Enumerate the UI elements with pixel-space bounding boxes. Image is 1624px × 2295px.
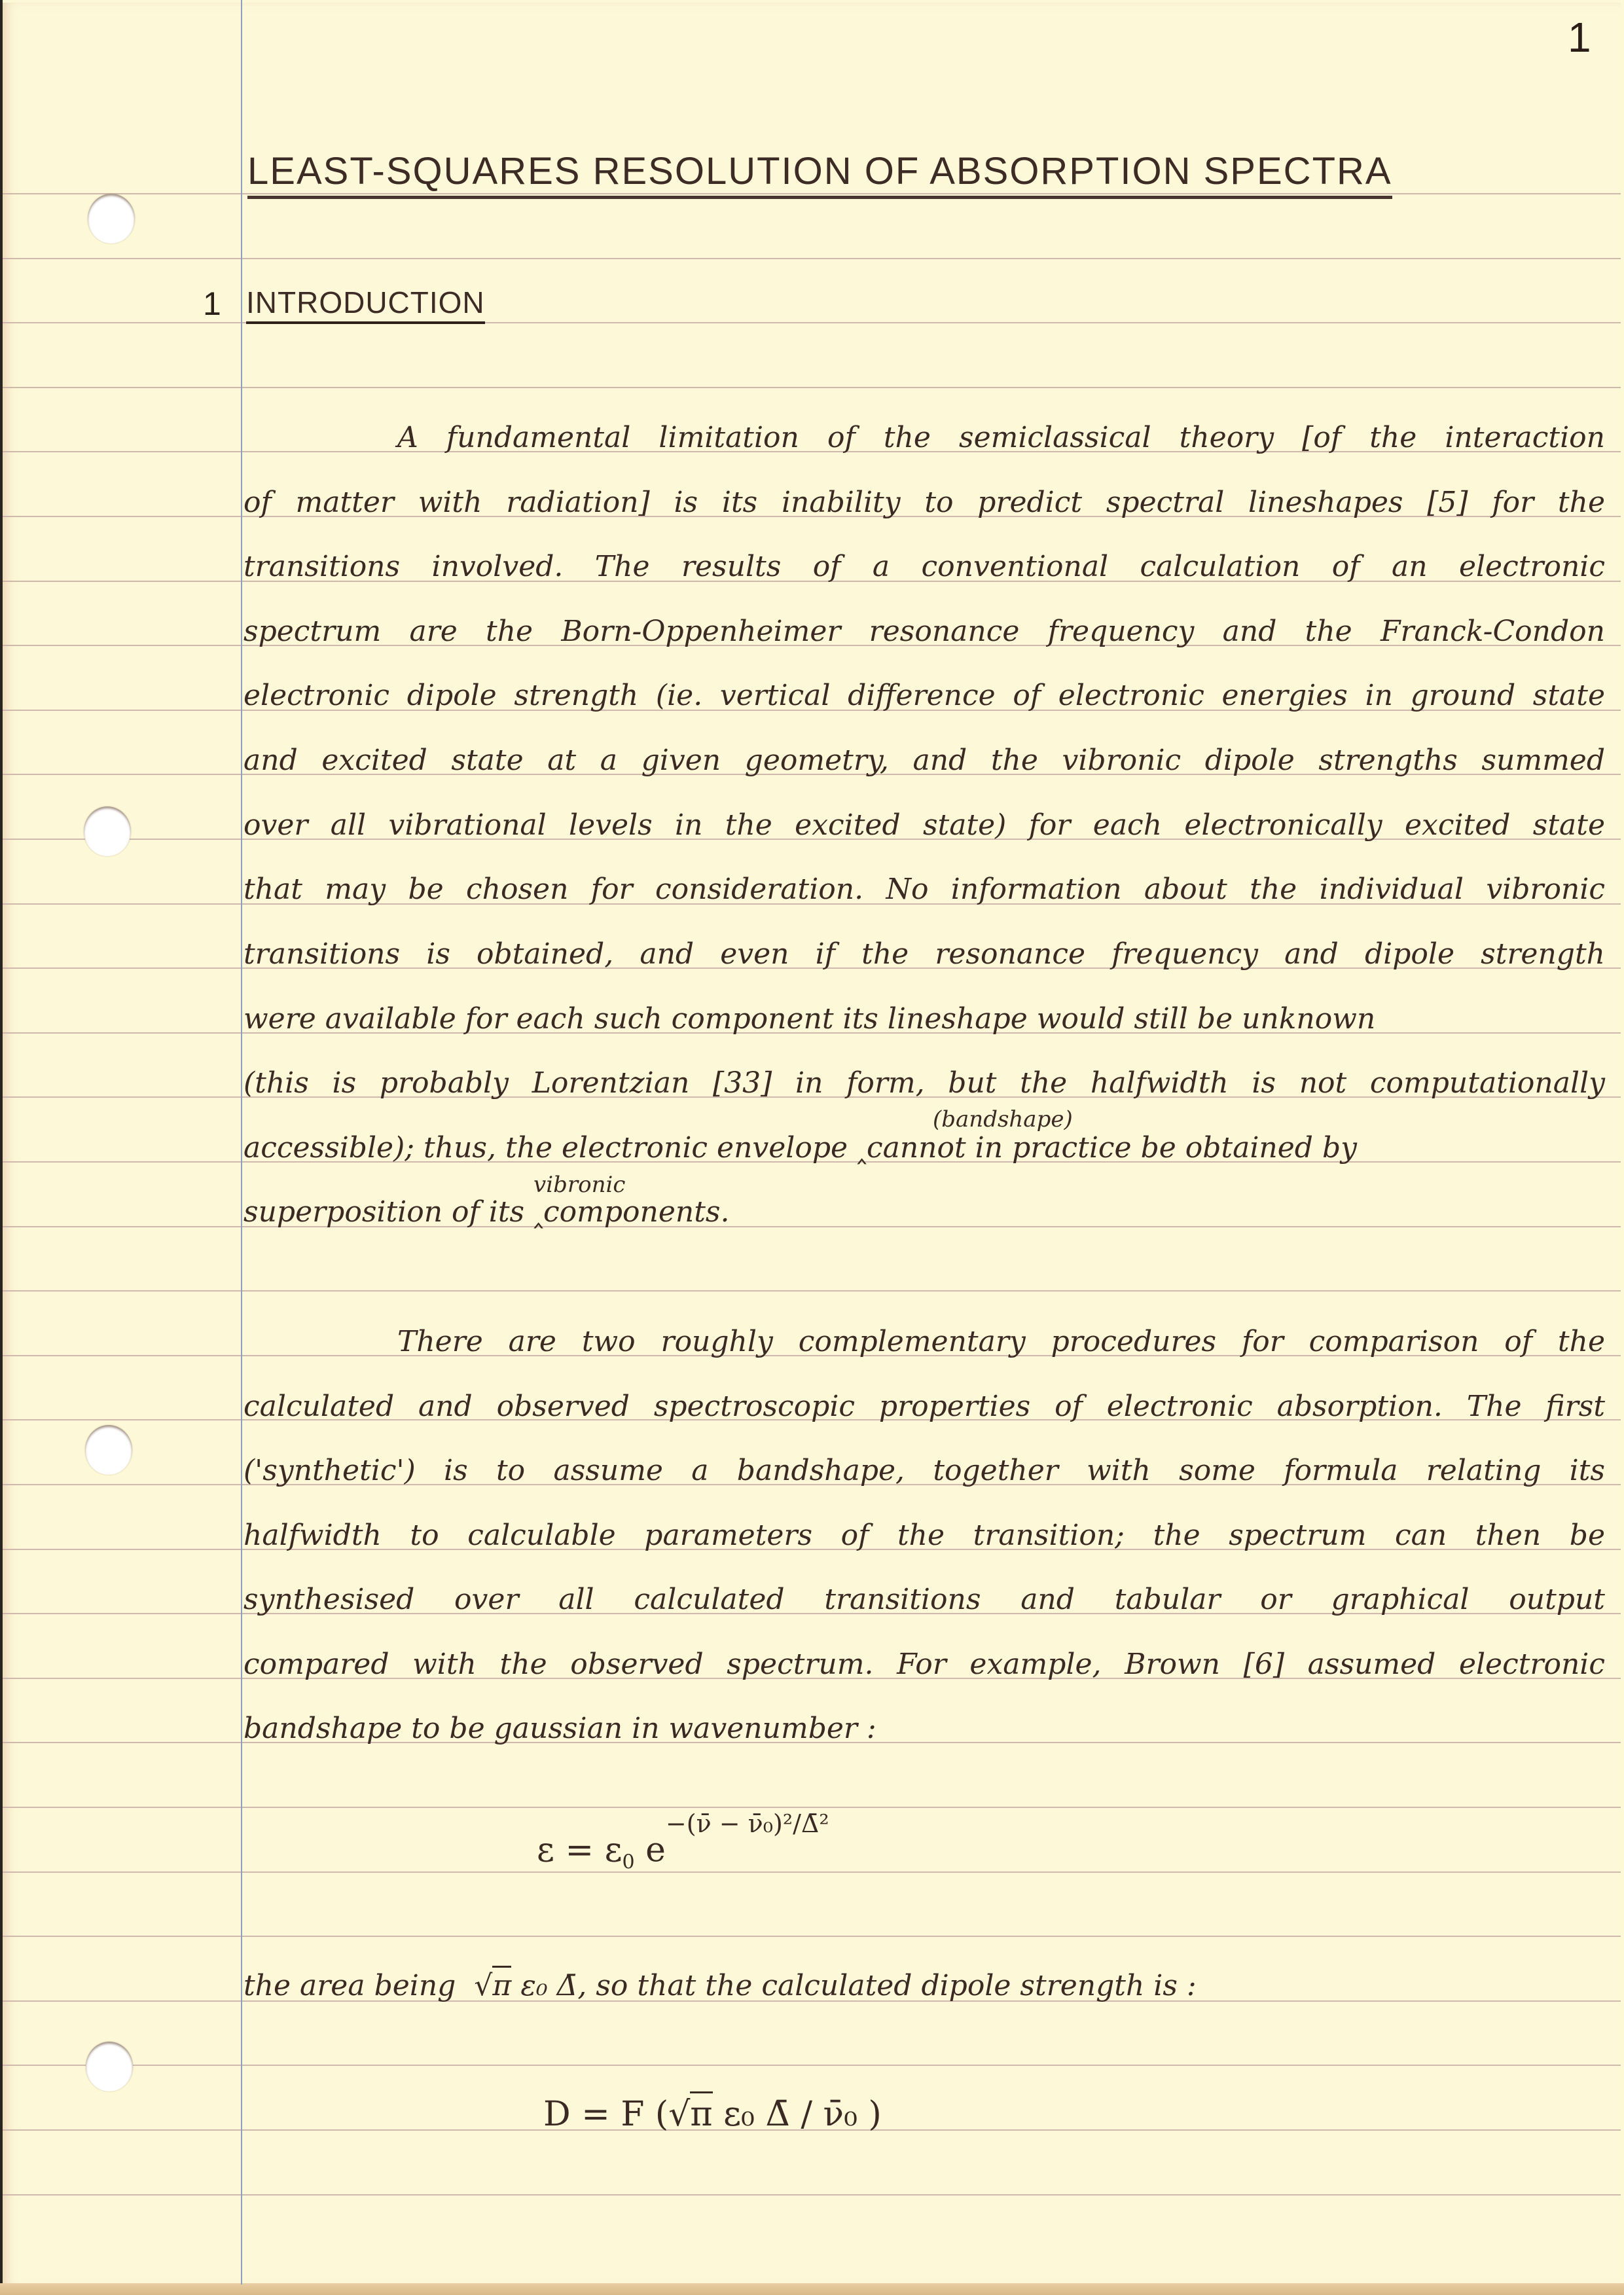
punch-hole [86, 2042, 133, 2091]
text-line: superposition of its ‸components. [244, 1195, 1605, 1229]
text-line: transitions involved. The results of a c… [244, 550, 1605, 584]
ruled-line [3, 258, 1621, 259]
insertion-note: (bandshape) [933, 1106, 1073, 1132]
ruled-line [3, 2065, 1621, 2066]
text-line: spectrum are the Born-Oppenheimer resona… [244, 615, 1605, 649]
section-number: 1 [203, 285, 221, 323]
equation-base: e [645, 1830, 666, 1870]
text-line: that may be chosen for consideration. No… [244, 873, 1605, 907]
ruled-line [3, 1807, 1621, 1808]
punch-hole [85, 1425, 132, 1475]
text-line: compared with the observed spectrum. For… [244, 1648, 1605, 1682]
text-line: A fundamental limitation of the semiclas… [244, 421, 1605, 455]
text-line: and excited state at a given geometry, a… [244, 744, 1605, 778]
text-line: electronic dipole strength (ie. vertical… [244, 679, 1605, 713]
text-line: over all vibrational levels in the excit… [244, 808, 1605, 842]
text-line: ('synthetic') is to assume a bandshape, … [244, 1454, 1605, 1488]
text-line: There are two roughly complementary proc… [244, 1325, 1605, 1359]
ruled-line [3, 1936, 1621, 1937]
text-line: were available for each such component i… [244, 1002, 1605, 1036]
ruled-line [3, 322, 1621, 323]
text-line: bandshape to be gaussian in wavenumber : [244, 1712, 1605, 1746]
text-line: (this is probably Lorentzian [33] in for… [244, 1066, 1605, 1100]
text-line: halfwidth to calculable parameters of th… [244, 1519, 1605, 1553]
scan-edge [0, 0, 3, 2295]
text-line: synthesised over all calculated transiti… [244, 1583, 1605, 1617]
insertion-note: vibronic [533, 1172, 625, 1198]
equation-exponent: −(ν̄ − ν̄₀)²/Δ̄² [666, 1809, 829, 1838]
ruled-line [3, 387, 1621, 388]
punch-hole [84, 806, 131, 856]
text-line: accessible); thus, the electronic envelo… [244, 1131, 1526, 1165]
text-line: calculated and observed spectroscopic pr… [244, 1390, 1605, 1424]
document-title: LEAST-SQUARES RESOLUTION OF ABSORPTION S… [247, 149, 1392, 199]
area-sentence: the area being √π ε₀ Δ̄, so that the cal… [244, 1969, 1605, 2003]
ruled-line [3, 1290, 1621, 1292]
text-line: of matter with radiation] is its inabili… [244, 486, 1605, 520]
gaussian-equation: ε = ε0 e−(ν̄ − ν̄₀)²/Δ̄² [537, 1826, 829, 1874]
margin-line [241, 0, 242, 2285]
punch-hole [88, 194, 135, 244]
ruled-line [3, 2194, 1621, 2196]
page-number: 1 [1568, 13, 1591, 62]
text-line: transitions is obtained, and even if the… [244, 937, 1605, 971]
equation-lhs: ε = ε [537, 1830, 623, 1870]
section-heading: INTRODUCTION [246, 285, 485, 324]
paper-bottom-edge [0, 2283, 1624, 2295]
dipole-strength-equation: D = F (√π ε₀ Δ̄ / ν̄₀ ) [543, 2095, 882, 2134]
